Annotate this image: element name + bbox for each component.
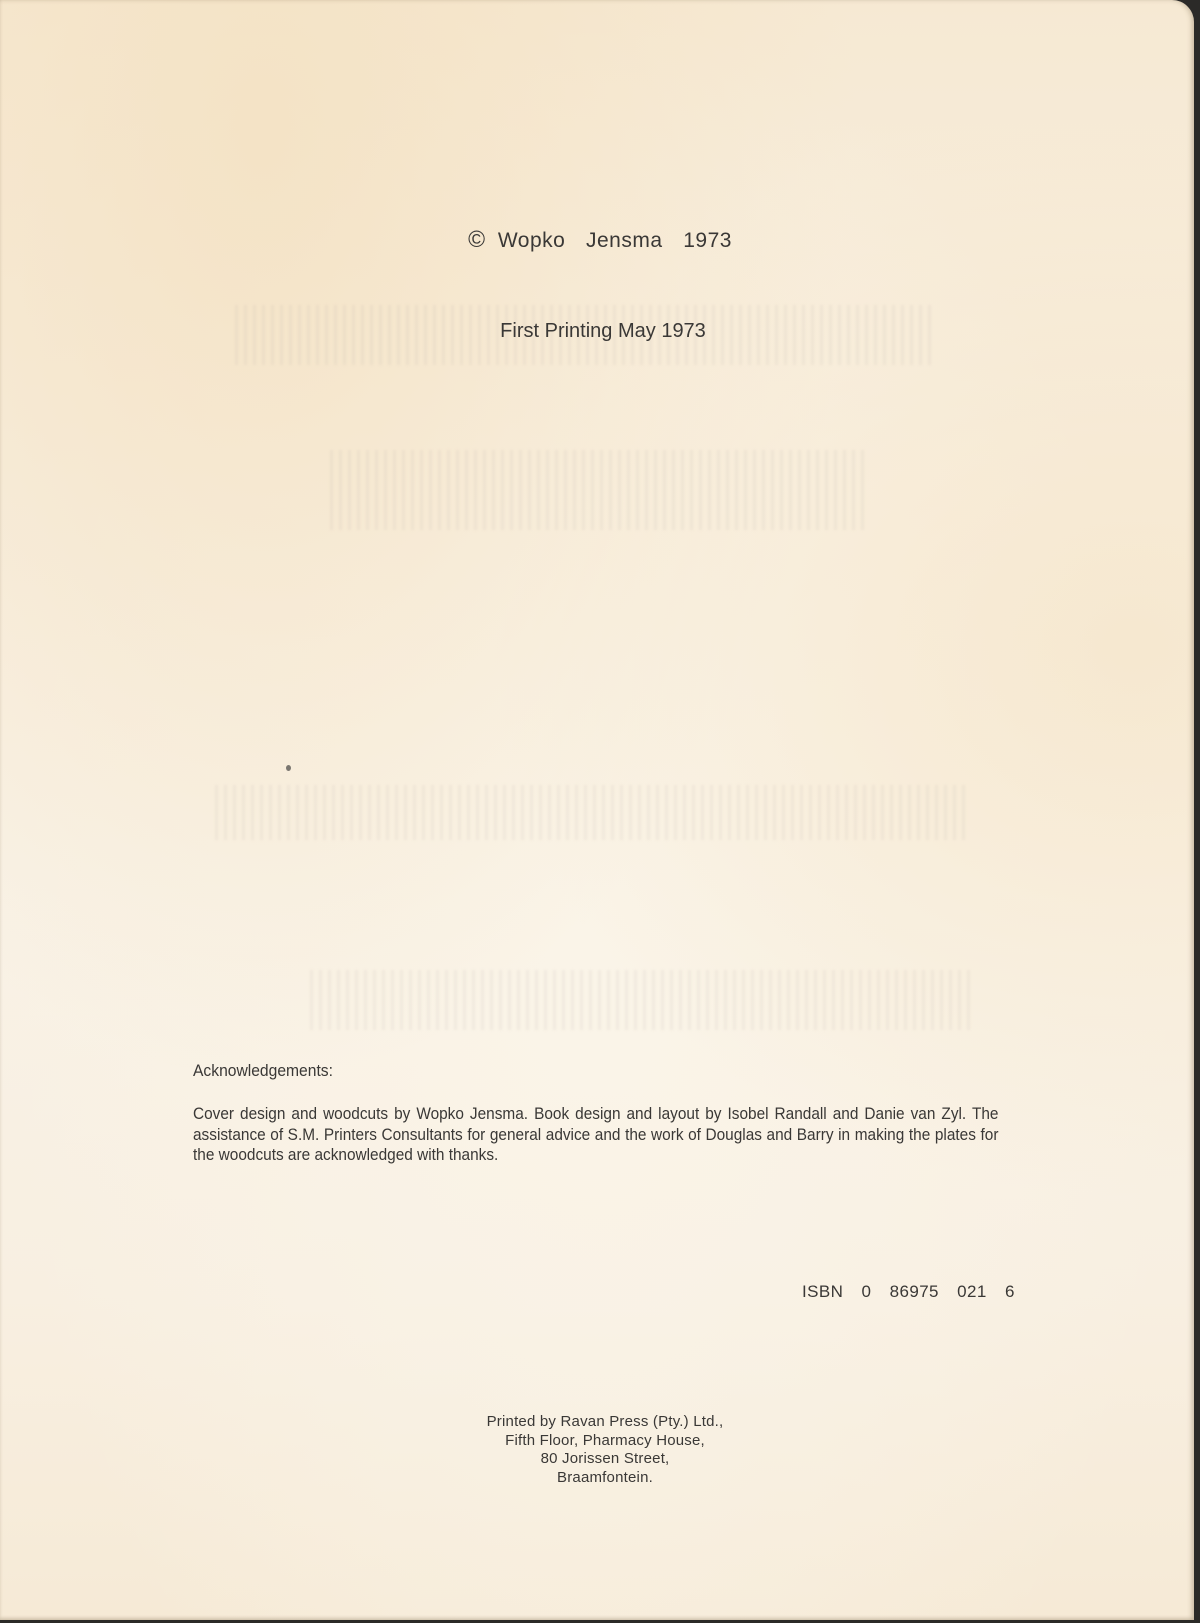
printer-imprint: Printed by Ravan Press (Pty.) Ltd., Fift… bbox=[420, 1413, 790, 1487]
paper-speck bbox=[286, 765, 291, 771]
first-printing: First Printing May 1973 bbox=[0, 320, 1194, 343]
show-through-text bbox=[215, 785, 965, 840]
copyright-notice: © Wopko Jensma 1973 bbox=[0, 226, 1194, 253]
copyright-text: Wopko Jensma 1973 bbox=[498, 229, 732, 252]
printer-line: 80 Jorissen Street, bbox=[420, 1450, 790, 1469]
show-through-text bbox=[310, 970, 970, 1030]
book-page: © Wopko Jensma 1973 First Printing May 1… bbox=[0, 0, 1194, 1620]
show-through-text bbox=[330, 450, 870, 530]
acknowledgements-body: Cover design and woodcuts by Wopko Jensm… bbox=[193, 1104, 998, 1166]
copyright-icon: © bbox=[468, 226, 485, 253]
printer-line: Fifth Floor, Pharmacy House, bbox=[420, 1432, 790, 1451]
acknowledgements-heading: Acknowledgements: bbox=[193, 1061, 333, 1081]
printer-line: Braamfontein. bbox=[420, 1469, 790, 1488]
isbn: ISBN 0 86975 021 6 bbox=[802, 1282, 1015, 1302]
printer-line: Printed by Ravan Press (Pty.) Ltd., bbox=[420, 1413, 790, 1432]
